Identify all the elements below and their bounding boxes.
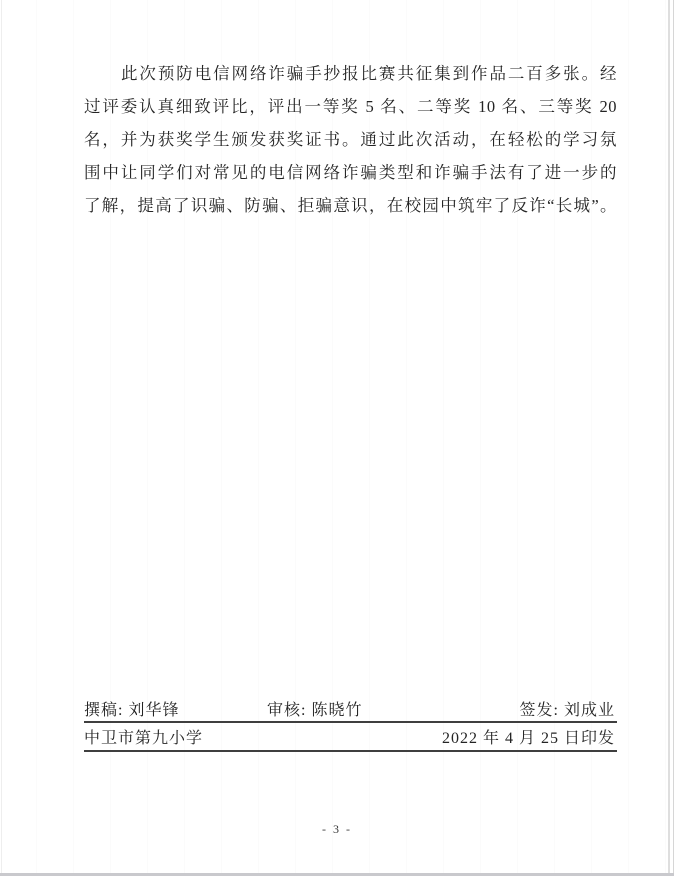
paragraph-line: 围中让同学们对常见的电信网络诈骗类型和诈骗手法有了进一步的 [84,156,617,189]
page-number: - 3 - [0,822,674,837]
body-paragraph: 此次预防电信网络诈骗手抄报比赛共征集到作品二百多张。经 过评委认真细致评比，评出… [84,57,617,222]
organization-name: 中卫市第九小学 [84,730,203,747]
document-page: 此次预防电信网络诈骗手抄报比赛共征集到作品二百多张。经 过评委认真细致评比，评出… [0,0,674,876]
footer-issue-row: 中卫市第九小学 2022 年 4 月 25 日印发 [84,727,617,752]
issue-date: 2022 年 4 月 25 日印发 [442,727,615,750]
page-right-edge [668,0,670,876]
paragraph-line: 此次预防电信网络诈骗手抄报比赛共征集到作品二百多张。经 [84,57,617,90]
footer-signature-row: 撰稿: 刘华锋 审核: 陈晓竹 签发: 刘成业 [84,700,617,723]
footer-issuer: 签发: 刘成业 [520,700,615,721]
paragraph-line: 了解，提高了识骗、防骗、拒骗意识，在校园中筑牢了反诈“长城”。 [84,189,617,222]
footer-reviewer: 审核: 陈晓竹 [267,700,362,721]
page-left-edge [1,0,2,876]
footer-drafter: 撰稿: 刘华锋 [84,702,179,719]
paragraph-line: 过评委认真细致评比，评出一等奖 5 名、二等奖 10 名、三等奖 20 [84,90,617,123]
paragraph-line: 名，并为获奖学生颁发获奖证书。通过此次活动，在轻松的学习氛 [84,123,617,156]
